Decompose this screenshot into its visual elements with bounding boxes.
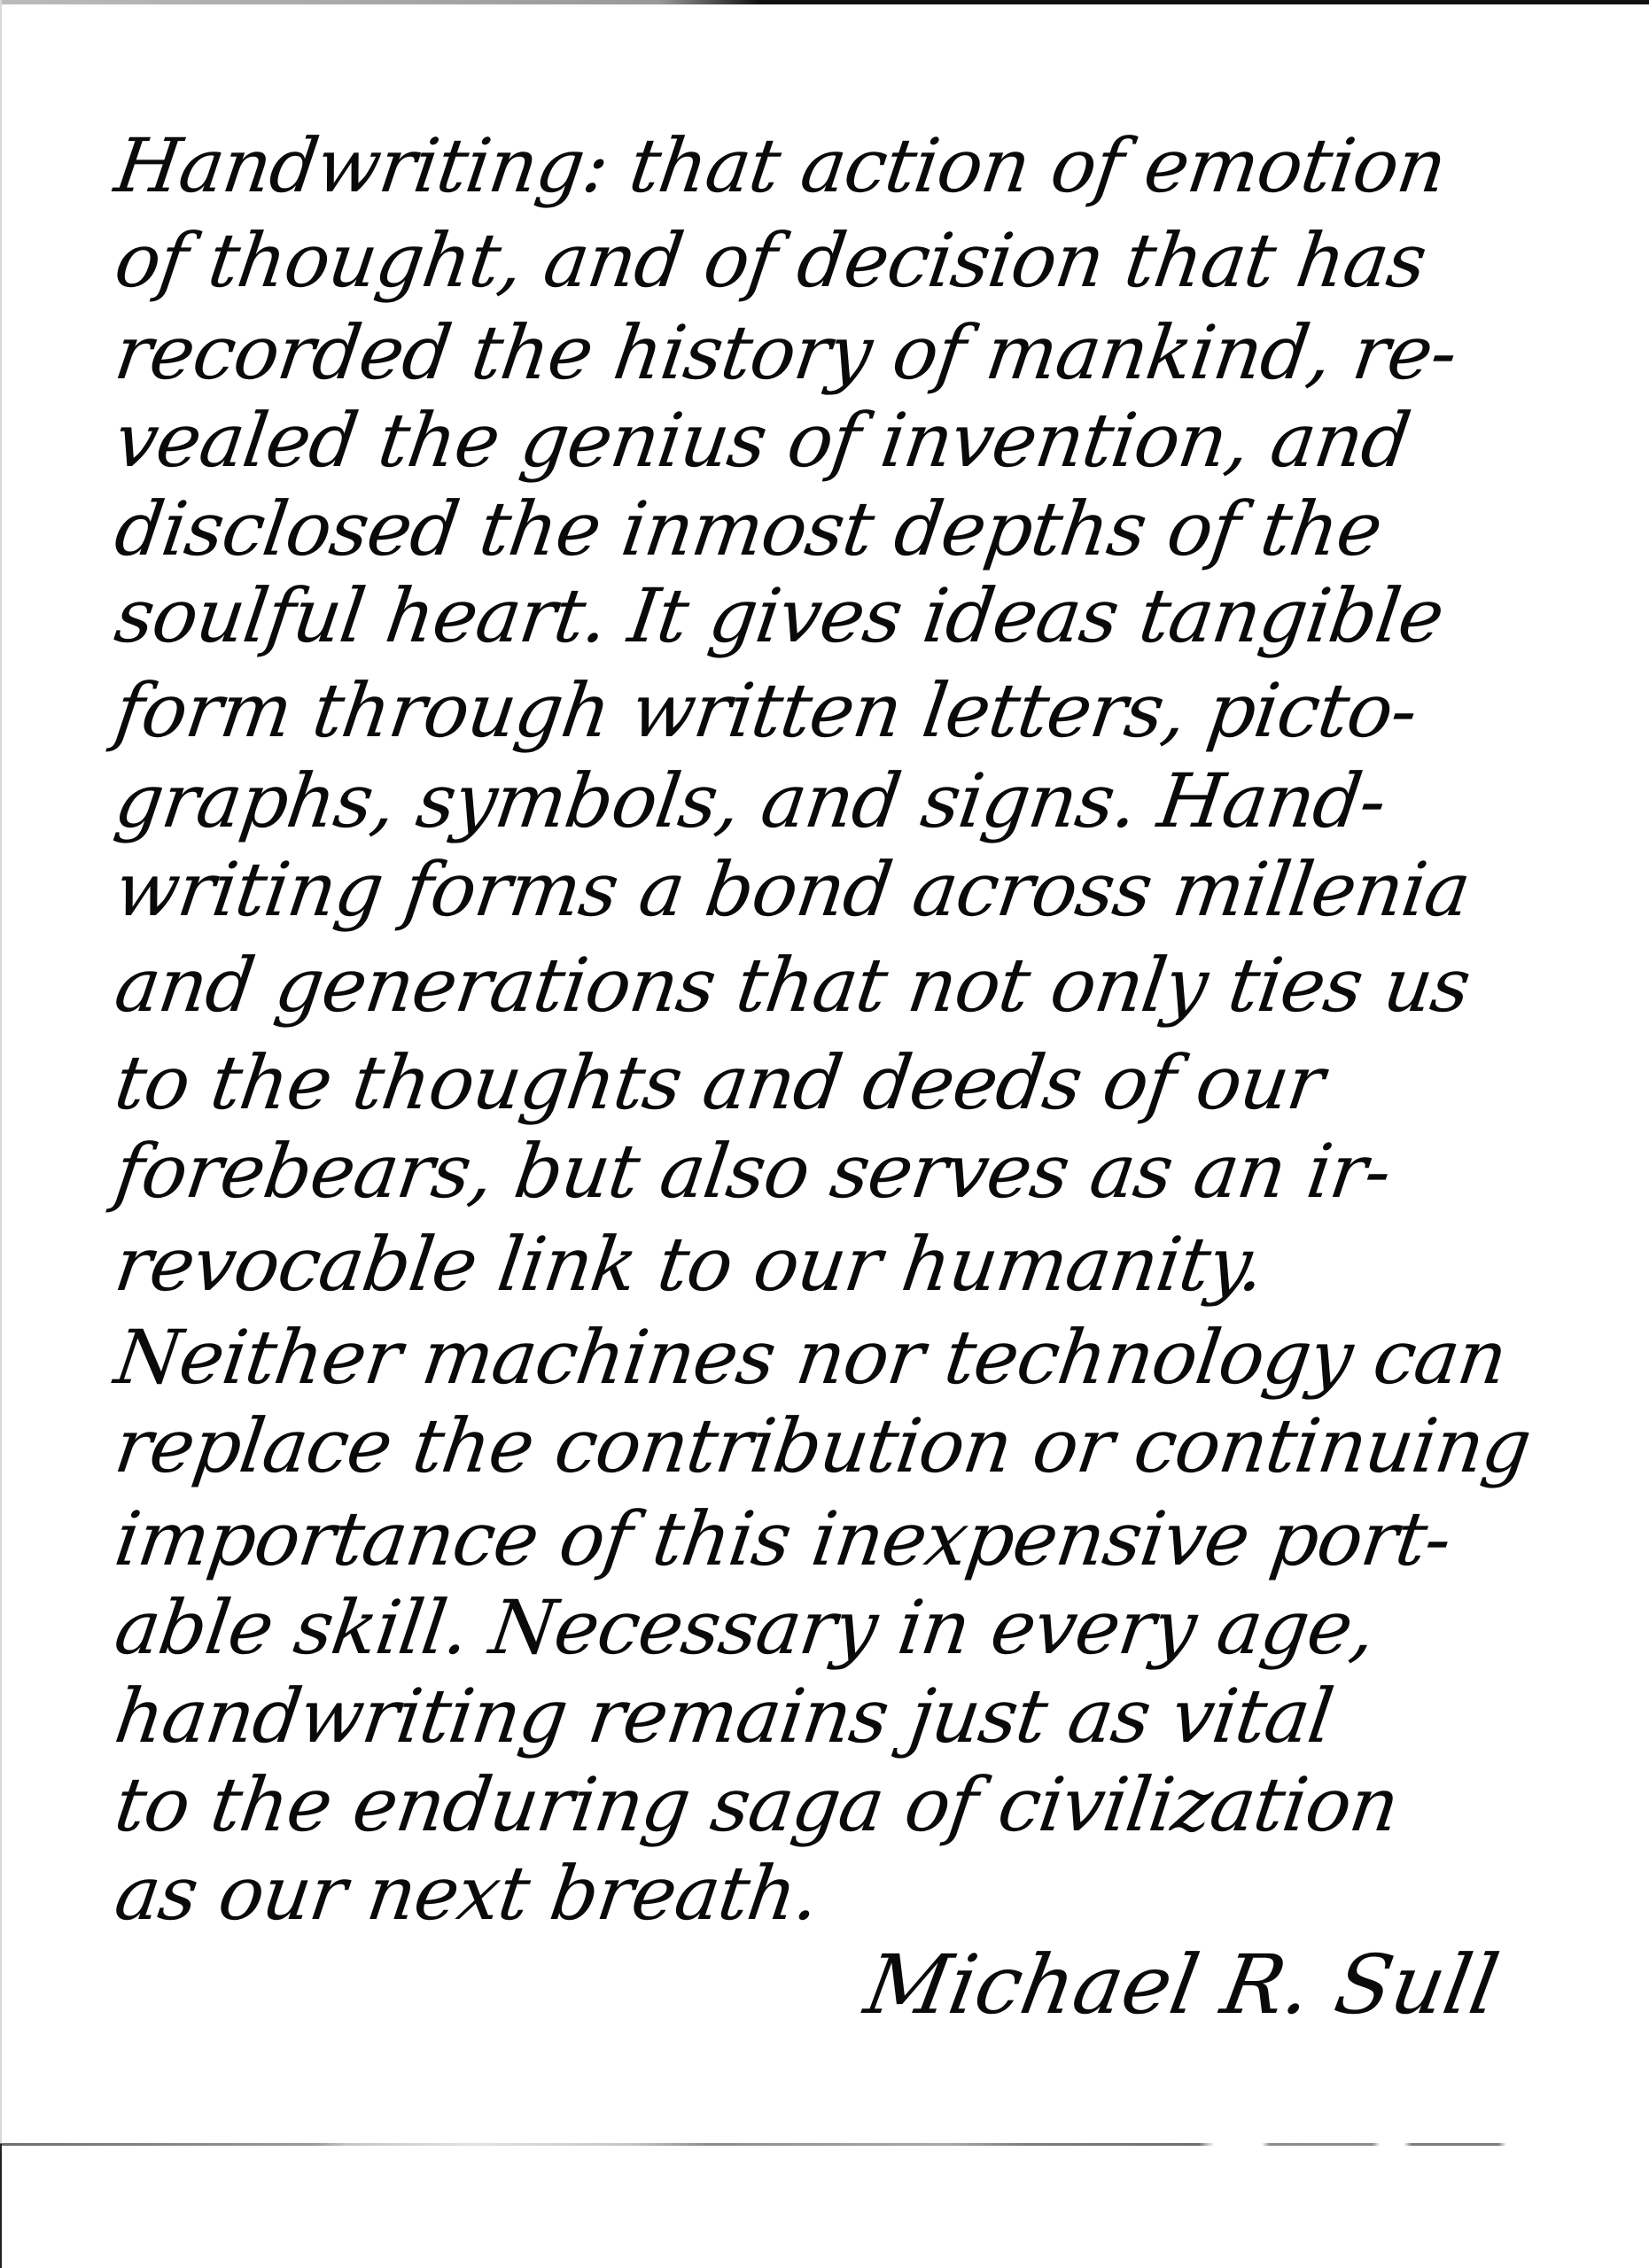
text-line-18: handwriting remains just as vital xyxy=(111,1679,1337,1753)
text-line-6: soulful heart. It gives ideas tangible xyxy=(111,579,1448,653)
scanned-page: Handwriting: that action of emotion of t… xyxy=(0,0,1649,2268)
text-line-3: recorded the history of mankind, re- xyxy=(111,315,1461,390)
scan-artifact-line xyxy=(0,2143,1577,2146)
text-line-5: disclosed the inmost depths of the xyxy=(111,492,1386,566)
text-line-19: to the enduring saga of civilization xyxy=(111,1767,1403,1842)
text-line-14: Neither machines nor technology can xyxy=(111,1320,1511,1394)
text-line-1: Handwriting: that action of emotion xyxy=(111,128,1451,203)
text-line-15: replace the contribution or continuing xyxy=(111,1409,1535,1483)
text-line-17: able skill. Necessary in every age, xyxy=(111,1590,1380,1665)
text-line-9: writing forms a bond across millenia xyxy=(111,852,1474,927)
text-line-4: vealed the genius of invention, and xyxy=(111,403,1414,478)
text-line-20: as our next breath. xyxy=(111,1856,823,1930)
text-line-12: forebears, but also serves as an ir- xyxy=(111,1134,1395,1208)
text-line-16: importance of this inexpensive port- xyxy=(111,1502,1455,1576)
text-line-10: and generations that not only ties us xyxy=(111,948,1474,1022)
text-line-13: revocable link to our humanity. xyxy=(111,1227,1269,1301)
scan-left-edge xyxy=(0,0,2,2268)
text-line-7: form through written letters, picto- xyxy=(111,673,1421,748)
text-line-8: graphs, symbols, and signs. Hand- xyxy=(111,764,1390,838)
scan-top-edge xyxy=(0,0,1649,4)
scan-artifact-edge xyxy=(0,2144,2,2268)
author-signature: Michael R. Sull xyxy=(860,1945,1504,2026)
text-line-11: to the thoughts and deeds of our xyxy=(111,1045,1328,1120)
text-line-2: of thought, and of decision that has xyxy=(111,223,1430,298)
